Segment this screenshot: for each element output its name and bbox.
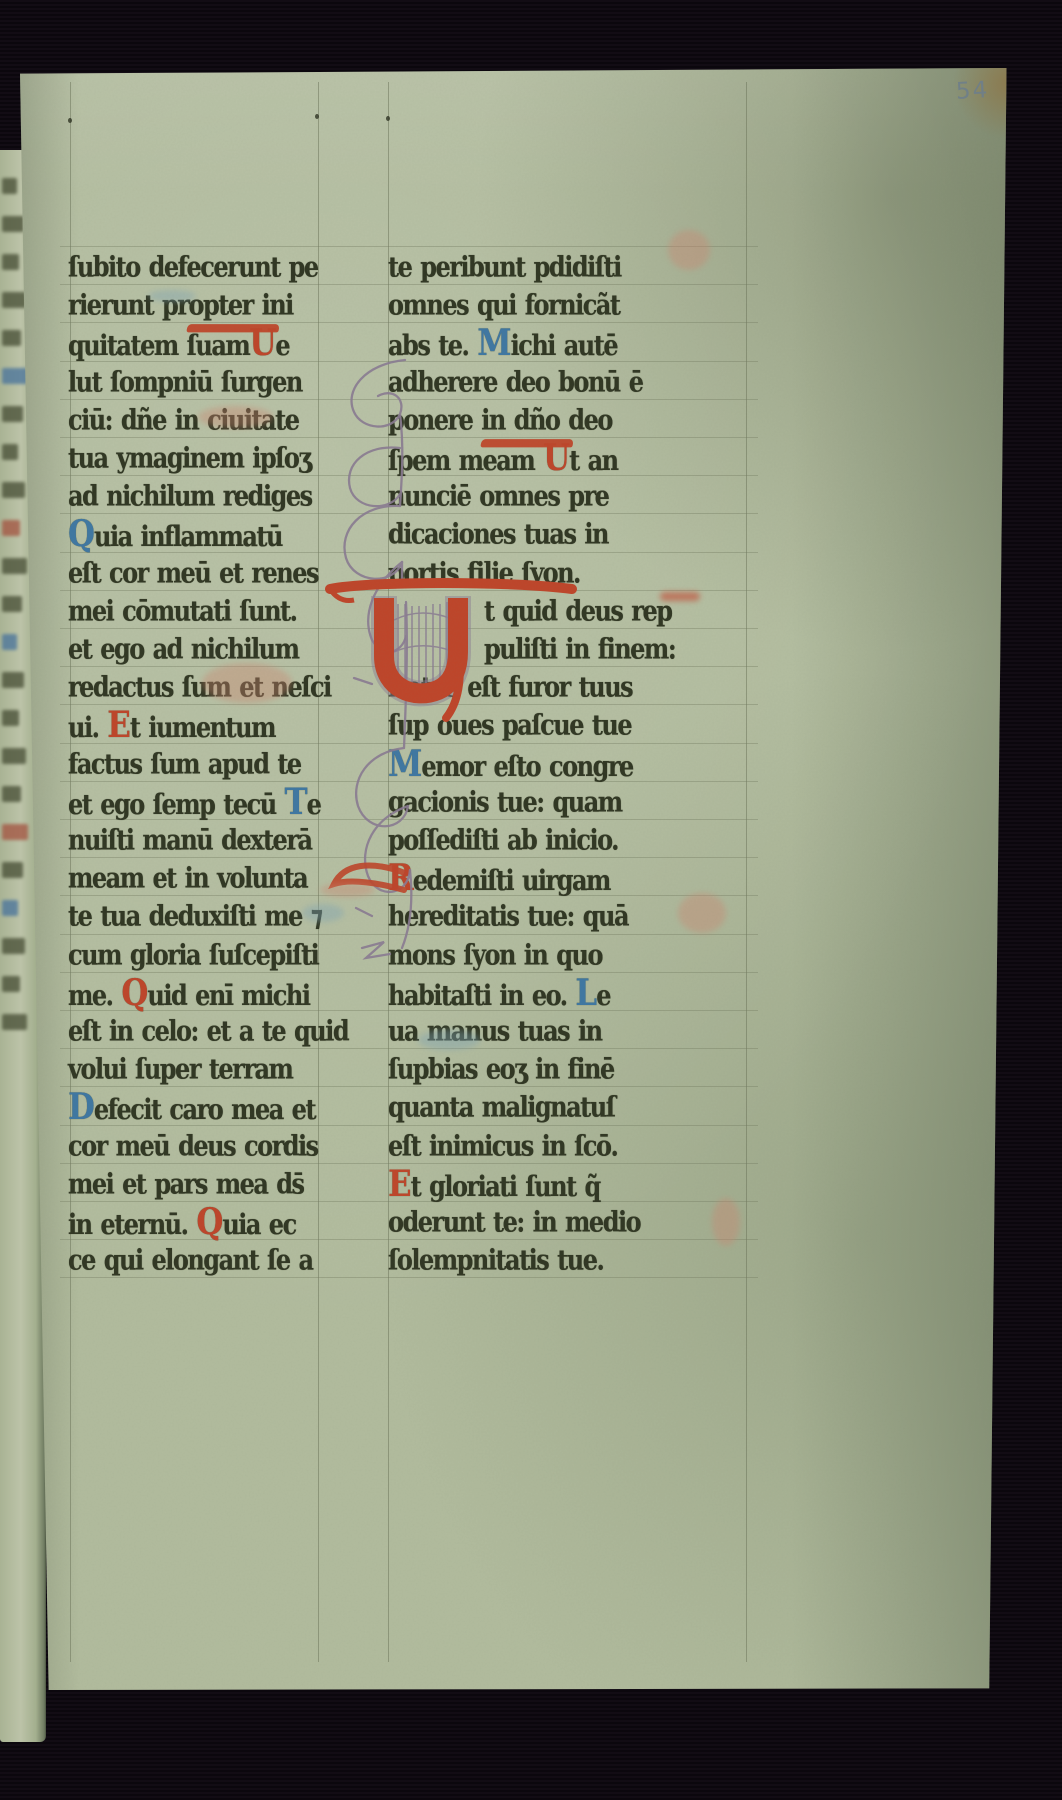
- ink-offset-mark: [678, 893, 726, 933]
- text-segment: volui ſuper terram: [68, 1051, 292, 1085]
- edge-text-fragment: [2, 1014, 27, 1030]
- ink-offset-mark: [320, 883, 375, 897]
- text-line: ſolempnitatis tue.: [388, 1238, 603, 1283]
- edge-text-fragment: [2, 178, 17, 194]
- edge-text-fragment: [2, 558, 27, 574]
- decorated-initial: U: [249, 322, 275, 364]
- pricking-dot: [68, 118, 72, 123]
- edge-text-fragment: [2, 938, 25, 954]
- edge-text-fragment: [2, 710, 19, 726]
- text-segment: meam et in volunta: [68, 860, 307, 894]
- text-segment: uid enī michi: [147, 977, 309, 1011]
- edge-text-fragment: [2, 824, 28, 840]
- edge-text-fragment: [2, 216, 24, 232]
- ink-offset-mark: [660, 592, 700, 601]
- text-segment: eſt in celo: et a te quid: [68, 1013, 348, 1047]
- text-segment: cor meū deus cordis: [68, 1128, 318, 1162]
- ink-offset-mark: [668, 230, 710, 270]
- edge-text-fragment: [2, 748, 26, 764]
- photograph-background: 54 ſubito defecerunt perierunt propter i…: [0, 0, 1062, 1800]
- text-segment: ſubito defecerunt pe: [68, 249, 318, 283]
- edge-text-fragment: [2, 254, 19, 270]
- text-segment: et ego ſemp tecū: [68, 786, 285, 820]
- text-line: ce qui elongant ſe a: [68, 1238, 313, 1283]
- manuscript-page: 54 ſubito defecerunt perierunt propter i…: [20, 68, 1008, 1690]
- text-segment: uia ec: [222, 1207, 295, 1241]
- text-segment: te tua deduxiſti me ⁊: [68, 899, 322, 933]
- ink-offset-mark: [198, 406, 273, 428]
- text-segment: ui.: [68, 710, 107, 744]
- folio-number: 54: [955, 77, 990, 105]
- text-segment: eſt inimicus in ſcō.: [388, 1128, 617, 1162]
- ink-offset-mark: [712, 1198, 740, 1246]
- text-segment: eſt cor meū et renes: [68, 555, 318, 589]
- text-segment: ad nichilum rediges: [68, 478, 312, 512]
- edge-text-fragment: [2, 482, 25, 498]
- text-segment: mei cōmutati ſunt.: [68, 593, 296, 627]
- ink-offset-mark: [148, 290, 196, 302]
- text-segment: te peribunt pdidiſti: [388, 249, 621, 283]
- text-segment: e: [275, 328, 289, 362]
- edge-text-fragment: [2, 520, 20, 536]
- edge-text-fragment: [2, 786, 21, 802]
- edge-text-fragment: [2, 330, 21, 346]
- text-segment: tua ymaginem ipſoʒ: [68, 440, 311, 474]
- ink-offset-mark: [302, 904, 344, 922]
- edge-text-fragment: [2, 862, 23, 878]
- edge-text-fragment: [2, 406, 23, 422]
- decorated-initial: D: [68, 1086, 94, 1128]
- edge-text-fragment: [2, 444, 18, 460]
- text-segment: cum gloria ſuſcepiſti: [68, 937, 318, 971]
- text-segment: ce qui elongant ſe a: [68, 1242, 313, 1276]
- text-segment: t iumentum: [130, 710, 275, 744]
- text-segment: quanta malignatuſ: [388, 1090, 615, 1124]
- text-segment: ſolempnitatis tue.: [388, 1242, 603, 1276]
- text-segment: t gloriati ſunt q̃: [411, 1168, 600, 1202]
- text-segment: e: [596, 977, 610, 1011]
- edge-text-fragment: [2, 976, 20, 992]
- edge-text-fragment: [2, 900, 18, 916]
- ink-offset-mark: [418, 1030, 480, 1050]
- decorated-initial: Q: [68, 513, 94, 555]
- decorated-initial: E: [107, 704, 130, 746]
- pricking-dot: [386, 116, 390, 121]
- text-segment: mei et pars mea ds̄: [68, 1166, 304, 1200]
- text-segment: ſupbias eoʒ in finē: [388, 1051, 614, 1085]
- edge-text-fragment: [2, 368, 28, 384]
- text-segment: quitatem ſuam: [68, 328, 249, 362]
- text-segment: omnes qui fornicãt: [388, 287, 619, 321]
- text-segment: lut ſompniū ſurgen: [68, 364, 302, 398]
- text-segment: efecit caro mea et: [94, 1092, 315, 1126]
- corner-stain: [950, 60, 1030, 152]
- edge-text-fragment: [2, 596, 22, 612]
- edge-text-fragment: [2, 672, 24, 688]
- text-segment: factus ſum apud te: [68, 746, 301, 780]
- text-segment: et ego ad nichilum: [68, 631, 299, 665]
- text-segment: nuiſti manū dexterā: [68, 822, 312, 856]
- text-segment: oderunt te: in medio: [388, 1204, 640, 1238]
- text-segment: in eternū.: [68, 1207, 196, 1241]
- ink-offset-mark: [202, 663, 292, 703]
- text-segment: me.: [68, 977, 121, 1011]
- edge-text-fragment: [2, 634, 17, 650]
- decorated-initial-U-penwork: [310, 348, 590, 1008]
- text-segment: uia inflammatū: [94, 519, 282, 553]
- text-segment: redactus ſum et neſci: [68, 669, 331, 703]
- pricking-dot: [315, 114, 319, 119]
- edge-text-fragment: [2, 292, 26, 308]
